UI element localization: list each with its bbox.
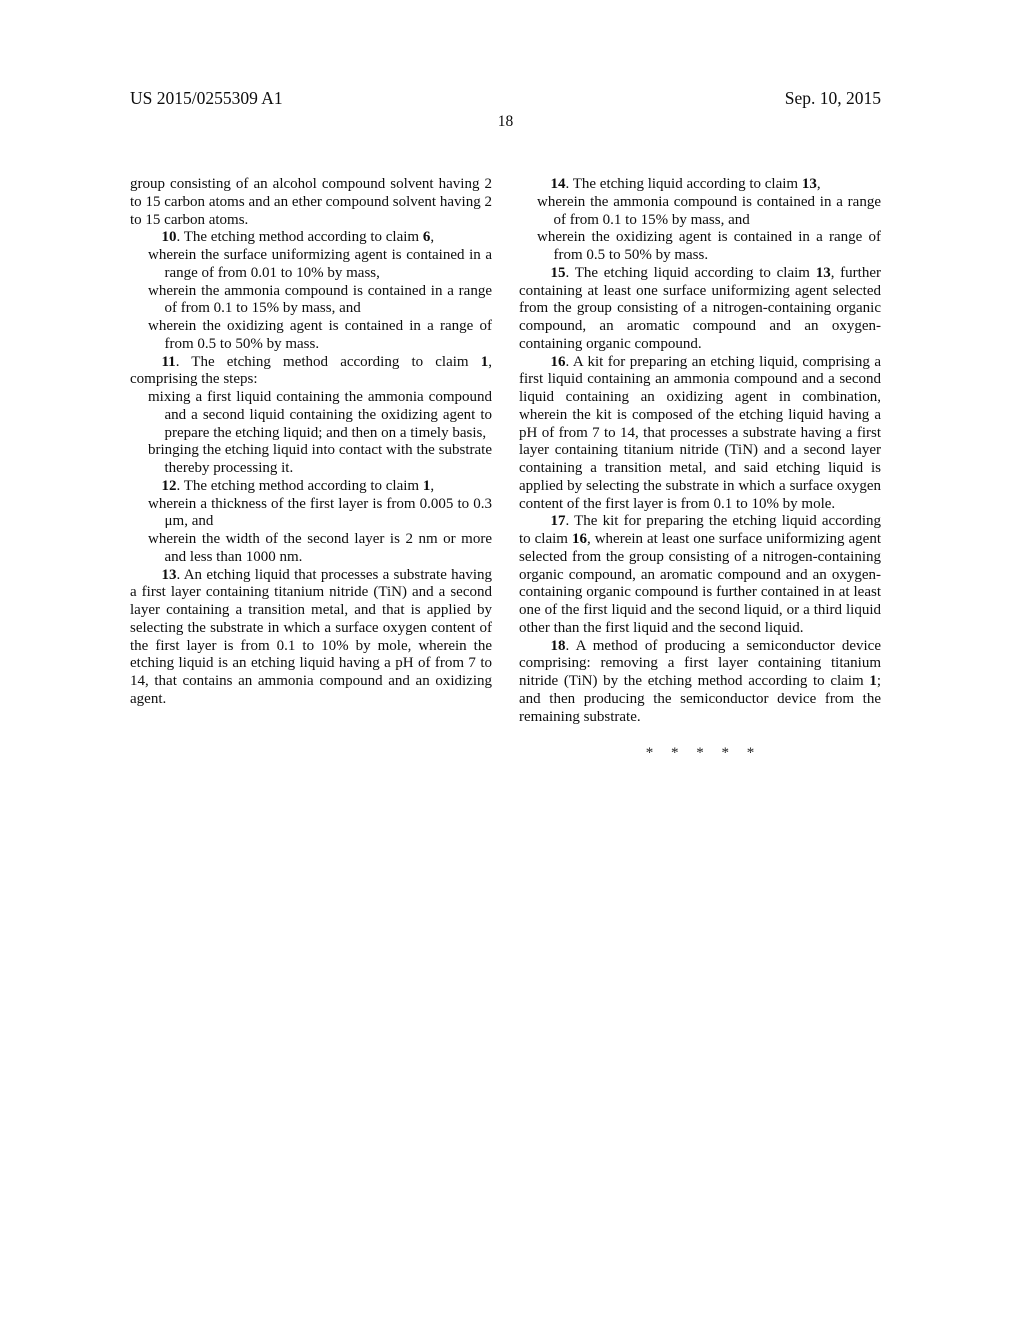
- claim-text: . An etching liquid that processes a sub…: [130, 567, 492, 707]
- claim-text: . A method of producing a semiconductor …: [519, 638, 881, 690]
- claim-14-clause-2: wherein the oxidizing agent is contained…: [519, 229, 881, 265]
- claim-number: 15: [551, 265, 566, 281]
- publication-number: US 2015/0255309 A1: [130, 89, 283, 108]
- claim-text: . The etching method according to claim: [176, 354, 481, 370]
- claim-number: 12: [162, 478, 177, 494]
- left-column: group consisting of an alcohol compound …: [130, 176, 492, 763]
- claim-10-clause-3: wherein the oxidizing agent is contained…: [130, 318, 492, 354]
- page-number: 18: [130, 113, 881, 131]
- claim-number: 18: [551, 638, 566, 654]
- claim-text: wherein the width of the second layer is…: [148, 531, 492, 565]
- claim-text: ,: [817, 176, 821, 192]
- claim-15: 15. The etching liquid according to clai…: [519, 265, 881, 354]
- claim-11-step-2: bringing the etching liquid into contact…: [130, 442, 492, 478]
- claim-14-clause-1: wherein the ammonia compound is containe…: [519, 194, 881, 230]
- publication-date: Sep. 10, 2015: [785, 89, 881, 108]
- claim-number: 1: [869, 673, 877, 689]
- claim-10-head: 10. The etching method according to clai…: [130, 229, 492, 247]
- claim-12-clause-2: wherein the width of the second layer is…: [130, 531, 492, 567]
- claim-text: . The etching liquid according to claim: [566, 176, 802, 192]
- end-of-claims-marker: * * * * *: [519, 745, 881, 763]
- claim-11-step-1: mixing a first liquid containing the amm…: [130, 389, 492, 442]
- claim-text: wherein the ammonia compound is containe…: [148, 283, 492, 317]
- claim-number: 10: [162, 229, 177, 245]
- claim-text: group consisting of an alcohol compound …: [130, 176, 492, 228]
- claim-10-clause-1: wherein the surface uniformizing agent i…: [130, 247, 492, 283]
- claim-16: 16. A kit for preparing an etching liqui…: [519, 354, 881, 514]
- claim-text: ,: [430, 478, 434, 494]
- claim-18: 18. A method of producing a semiconducto…: [519, 638, 881, 727]
- claim-text: * * * * *: [646, 745, 755, 761]
- claims-content: group consisting of an alcohol compound …: [130, 176, 881, 763]
- claim-17: 17. The kit for preparing the etching li…: [519, 513, 881, 637]
- claim-number: 13: [162, 567, 177, 583]
- claim-number: 11: [162, 354, 176, 370]
- claim-text: bringing the etching liquid into contact…: [148, 442, 492, 476]
- right-column: 14. The etching liquid according to clai…: [519, 176, 881, 763]
- claim-text: wherein the oxidizing agent is contained…: [537, 229, 881, 263]
- claim-9-continuation: group consisting of an alcohol compound …: [130, 176, 492, 229]
- claim-number: 14: [551, 176, 566, 192]
- claim-text: . The etching method according to claim: [177, 229, 423, 245]
- claim-text: wherein the oxidizing agent is contained…: [148, 318, 492, 352]
- patent-page: US 2015/0255309 A1 Sep. 10, 2015 18 grou…: [0, 0, 1024, 1320]
- claim-text: . The etching method according to claim: [177, 478, 423, 494]
- claim-text: wherein the surface uniformizing agent i…: [148, 247, 492, 281]
- claim-13: 13. An etching liquid that processes a s…: [130, 567, 492, 709]
- claim-number: 13: [802, 176, 817, 192]
- claim-text: . A kit for preparing an etching liquid,…: [519, 354, 881, 512]
- claim-11-head: 11. The etching method according to clai…: [130, 354, 492, 390]
- claim-text: wherein the ammonia compound is containe…: [537, 194, 881, 228]
- claim-number: 16: [572, 531, 587, 547]
- claim-12-clause-1: wherein a thickness of the first layer i…: [130, 496, 492, 532]
- page-header: US 2015/0255309 A1 Sep. 10, 2015: [130, 89, 881, 108]
- claim-text: . The etching liquid according to claim: [566, 265, 816, 281]
- claim-text: ,: [430, 229, 434, 245]
- claim-12-head: 12. The etching method according to clai…: [130, 478, 492, 496]
- claim-number: 13: [816, 265, 831, 281]
- claim-text: mixing a first liquid containing the amm…: [148, 389, 492, 441]
- claim-number: 17: [551, 513, 566, 529]
- claim-text: wherein a thickness of the first layer i…: [148, 496, 492, 530]
- claim-10-clause-2: wherein the ammonia compound is containe…: [130, 283, 492, 319]
- claim-14-head: 14. The etching liquid according to clai…: [519, 176, 881, 194]
- claim-number: 16: [551, 354, 566, 370]
